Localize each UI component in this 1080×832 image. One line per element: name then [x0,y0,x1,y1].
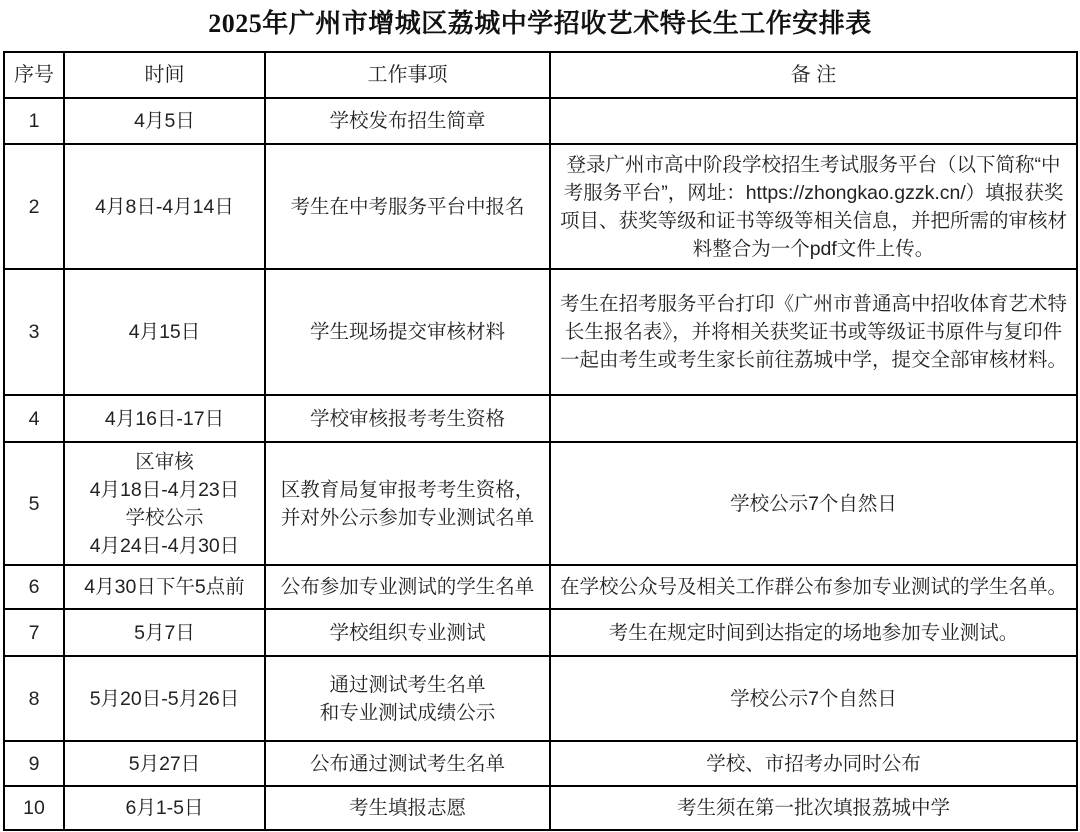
cell-no: 4 [4,395,64,442]
cell-task: 学校组织专业测试 [265,609,550,656]
cell-no: 7 [4,609,64,656]
table-row: 2 4月8日-4月14日 考生在中考服务平台中报名 登录广州市高中阶段学校招生考… [4,144,1077,269]
cell-time: 5月7日 [64,609,265,656]
cell-note: 登录广州市高中阶段学校招生考试服务平台（以下简称“中考服务平台”，网址：http… [550,144,1077,269]
cell-no: 6 [4,565,64,609]
cell-task: 公布参加专业测试的学生名单 [265,565,550,609]
cell-task: 学校审核报考考生资格 [265,395,550,442]
cell-note [550,395,1077,442]
cell-task: 考生填报志愿 [265,786,550,830]
table-row: 9 5月27日 公布通过测试考生名单 学校、市招考办同时公布 [4,741,1077,786]
cell-note: 在学校公众号及相关工作群公布参加专业测试的学生名单。 [550,565,1077,609]
table-header-row: 序号 时间 工作事项 备 注 [4,52,1077,98]
table-row: 3 4月15日 学生现场提交审核材料 考生在招考服务平台打印《广州市普通高中招收… [4,269,1077,395]
cell-time: 4月15日 [64,269,265,395]
cell-note: 考生在规定时间到达指定的场地参加专业测试。 [550,609,1077,656]
cell-task: 学生现场提交审核材料 [265,269,550,395]
cell-time: 区审核 4月18日-4月23日 学校公示 4月24日-4月30日 [64,442,265,565]
cell-time: 4月5日 [64,98,265,144]
schedule-table: 序号 时间 工作事项 备 注 1 4月5日 学校发布招生简章 2 4月8日-4月… [3,51,1078,831]
cell-note [550,98,1077,144]
cell-task: 学校发布招生简章 [265,98,550,144]
cell-time: 4月30日下午5点前 [64,565,265,609]
cell-time: 5月27日 [64,741,265,786]
document-page: 2025年广州市增城区荔城中学招收艺术特长生工作安排表 序号 时间 工作事项 备… [0,0,1080,832]
cell-no: 8 [4,656,64,741]
header-no: 序号 [4,52,64,98]
cell-task: 区教育局复审报考考生资格，并对外公示参加专业测试名单 [265,442,550,565]
cell-time: 5月20日-5月26日 [64,656,265,741]
cell-task: 考生在中考服务平台中报名 [265,144,550,269]
header-time: 时间 [64,52,265,98]
table-row: 10 6月1-5日 考生填报志愿 考生须在第一批次填报荔城中学 [4,786,1077,830]
header-note: 备 注 [550,52,1077,98]
cell-note: 考生在招考服务平台打印《广州市普通高中招收体育艺术特长生报名表》，并将相关获奖证… [550,269,1077,395]
cell-note: 学校公示7个自然日 [550,442,1077,565]
table-row: 6 4月30日下午5点前 公布参加专业测试的学生名单 在学校公众号及相关工作群公… [4,565,1077,609]
cell-no: 5 [4,442,64,565]
table-row: 5 区审核 4月18日-4月23日 学校公示 4月24日-4月30日 区教育局复… [4,442,1077,565]
page-title: 2025年广州市增城区荔城中学招收艺术特长生工作安排表 [0,0,1080,40]
table-row: 4 4月16日-17日 学校审核报考考生资格 [4,395,1077,442]
cell-no: 2 [4,144,64,269]
cell-no: 10 [4,786,64,830]
cell-no: 9 [4,741,64,786]
table-row: 8 5月20日-5月26日 通过测试考生名单 和专业测试成绩公示 学校公示7个自… [4,656,1077,741]
cell-task: 公布通过测试考生名单 [265,741,550,786]
cell-note: 学校公示7个自然日 [550,656,1077,741]
table-row: 1 4月5日 学校发布招生简章 [4,98,1077,144]
cell-task: 通过测试考生名单 和专业测试成绩公示 [265,656,550,741]
cell-note: 学校、市招考办同时公布 [550,741,1077,786]
table-row: 7 5月7日 学校组织专业测试 考生在规定时间到达指定的场地参加专业测试。 [4,609,1077,656]
cell-time: 4月8日-4月14日 [64,144,265,269]
cell-time: 4月16日-17日 [64,395,265,442]
cell-note: 考生须在第一批次填报荔城中学 [550,786,1077,830]
cell-time: 6月1-5日 [64,786,265,830]
cell-no: 3 [4,269,64,395]
header-task: 工作事项 [265,52,550,98]
cell-no: 1 [4,98,64,144]
